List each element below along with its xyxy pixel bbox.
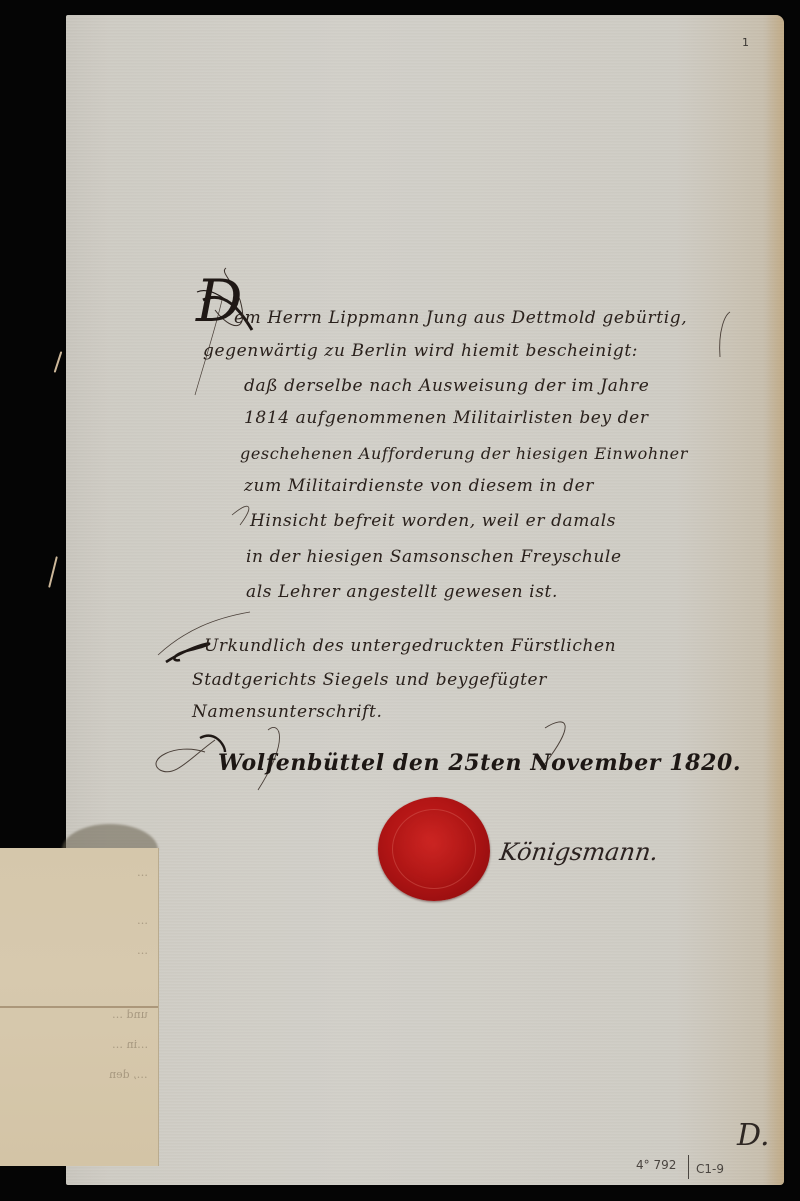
wax-seal: [378, 797, 490, 901]
text-line-4: 1814 aufgenommenen Militairlisten bey de…: [244, 410, 649, 427]
text-line-9: als Lehrer angestellt gewesen ist.: [246, 584, 558, 601]
attestation-line-2: Stadtgerichts Siegels und beygefügter: [192, 672, 547, 689]
text-line-8: in der hiesigen Samsonschen Freyschule: [246, 549, 622, 566]
slip-text-4: und …: [112, 1008, 148, 1021]
archive-signature: C1-9: [696, 1162, 724, 1176]
binding-thread-top: [54, 351, 63, 373]
seal-impression: [392, 809, 476, 889]
binding-thread-bottom: [48, 556, 58, 588]
text-line-1: em Herrn Lippmann Jung aus Dettmold gebü…: [234, 310, 687, 327]
attached-slip: … … … und … …in … …, den: [0, 848, 158, 1166]
slip-text-6: …, den: [109, 1068, 148, 1081]
signature: Königsmann.: [498, 838, 660, 866]
slip-text-3: …: [137, 944, 148, 957]
folio-number: 1: [742, 36, 749, 49]
attestation-line-1: Urkundlich des untergedruckten Fürstlich…: [204, 638, 616, 655]
text-line-2: gegenwärtig zu Berlin wird hiemit besche…: [203, 343, 638, 360]
text-line-7: Hinsicht befreit worden, weil er damals: [250, 513, 616, 530]
text-line-5: geschehenen Aufforderung der hiesigen Ei…: [240, 446, 688, 462]
text-line-3: daß derselbe nach Ausweisung der im Jahr…: [244, 378, 649, 395]
text-line-6: zum Militairdienste von diesem in der: [244, 478, 594, 495]
slip-text-5: …in …: [112, 1038, 148, 1051]
attestation-line-3: Namensunterschrift.: [192, 704, 382, 721]
place-date: Wolfenbüttel den 25ten November 1820.: [218, 750, 741, 776]
corner-letter: D.: [737, 1118, 770, 1153]
archive-divider: [688, 1155, 689, 1179]
slip-text-2: …: [137, 914, 148, 927]
archive-number: 4° 792: [636, 1158, 676, 1172]
slip-text-1: …: [137, 866, 148, 879]
